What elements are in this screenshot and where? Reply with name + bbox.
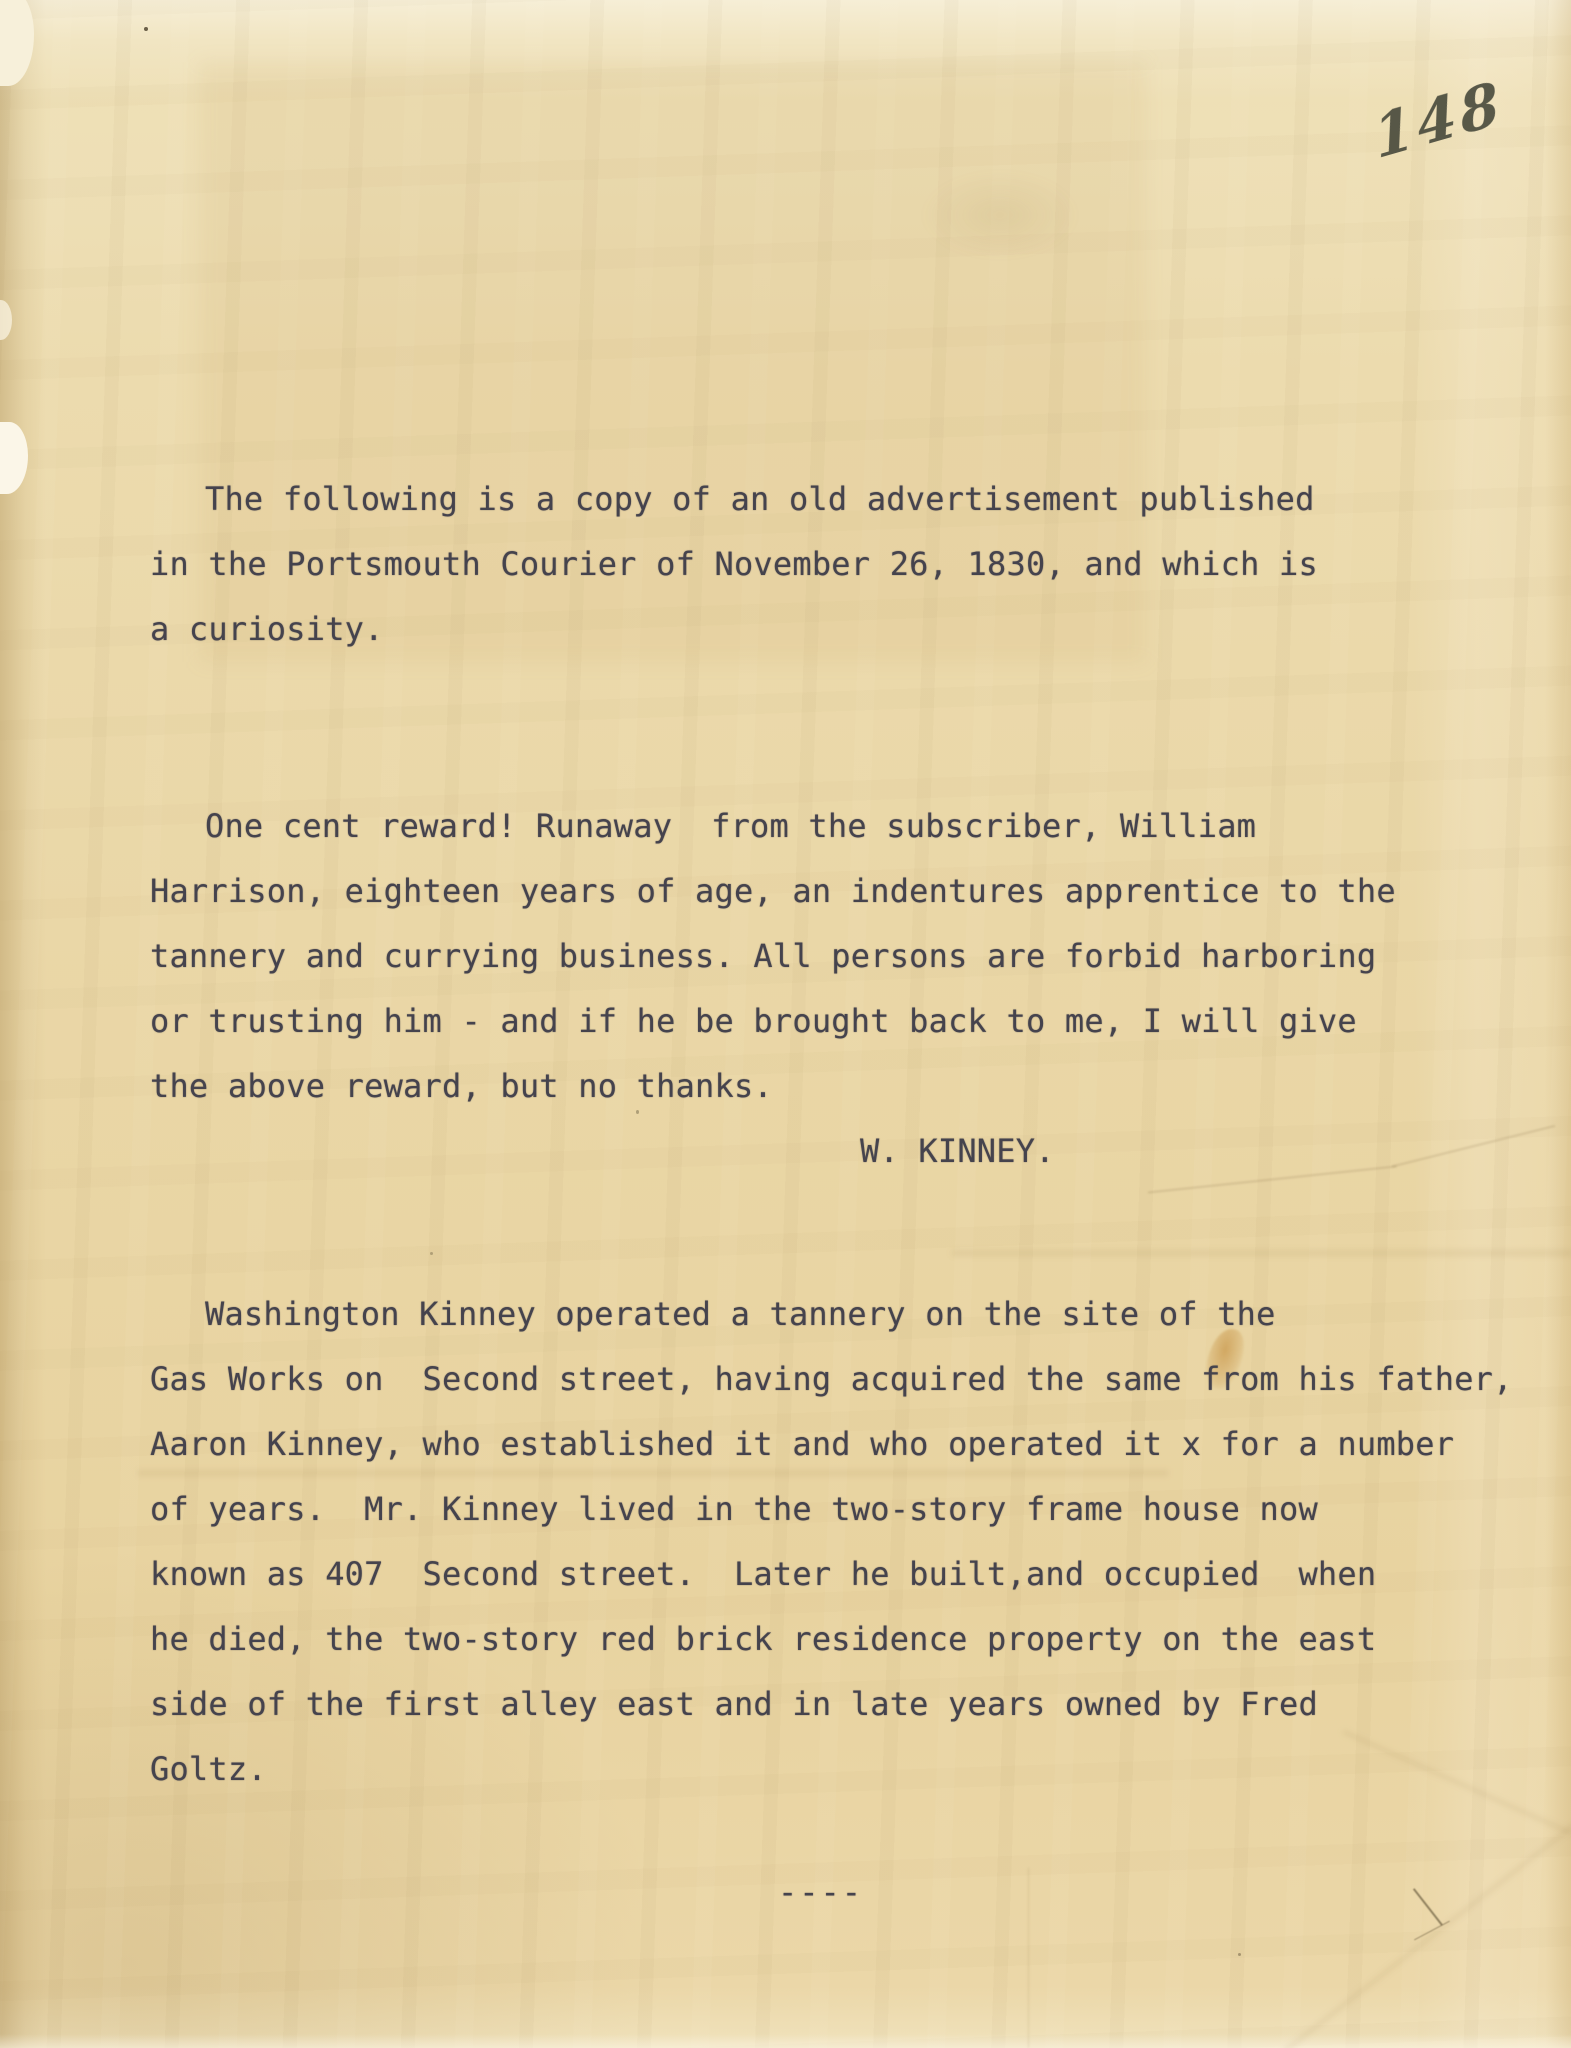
typed-line: of years. Mr. Kinney lived in the two-st…: [150, 1477, 1513, 1542]
paper-scratch: [1414, 1921, 1450, 1941]
typed-line: tannery and currying business. All perso…: [150, 924, 1396, 989]
paper-scratch: [1413, 1888, 1443, 1925]
handwritten-page-number: 148: [1370, 68, 1507, 173]
typed-dashes: ----: [150, 1860, 863, 1925]
typed-line: he died, the two-story red brick residen…: [150, 1607, 1513, 1672]
signature-line: W. KINNEY.: [150, 1119, 1396, 1184]
torn-edge-chip: [0, 422, 28, 494]
typed-line: side of the first alley east and in late…: [150, 1672, 1513, 1737]
ink-speck: [430, 1252, 433, 1255]
typed-line: Goltz.: [150, 1737, 1513, 1802]
paper-crease: [1392, 1125, 1555, 1167]
paragraph-intro: The following is a copy of an old advert…: [150, 467, 1318, 662]
typed-line: One cent reward! Runaway from the subscr…: [150, 794, 1396, 859]
torn-edge-chip: [0, 0, 34, 86]
typed-line: in the Portsmouth Courier of November 26…: [150, 532, 1318, 597]
typed-line: or trusting him - and if he be brought b…: [150, 989, 1396, 1054]
paragraph-advertisement: One cent reward! Runaway from the subscr…: [150, 794, 1396, 1184]
typed-line: The following is a copy of an old advert…: [150, 467, 1318, 532]
typed-line: Aaron Kinney, who established it and who…: [150, 1412, 1513, 1477]
document-page: 148 The following is a copy of an old ad…: [0, 0, 1571, 2048]
paper-left-edge-shadow: [0, 0, 46, 2048]
ink-speck: [1238, 1953, 1241, 1956]
paper-right-edge-shadow: [1545, 0, 1571, 2048]
typed-line: the above reward, but no thanks.: [150, 1054, 1396, 1119]
paper-bottom-edge-highlight: [0, 2034, 1571, 2048]
end-divider: ----: [150, 1860, 863, 1925]
typed-line: Gas Works on Second street, having acqui…: [150, 1347, 1513, 1412]
typed-line: a curiosity.: [150, 597, 1318, 662]
torn-edge-chip: [0, 300, 12, 340]
typed-line: Harrison, eighteen years of age, an inde…: [150, 859, 1396, 924]
ink-speck: [144, 27, 148, 31]
paragraph-history: Washington Kinney operated a tannery on …: [150, 1282, 1513, 1802]
typed-line: known as 407 Second street. Later he bui…: [150, 1542, 1513, 1607]
paper-smudge: [920, 170, 1080, 260]
paper-crease: [952, 1250, 1571, 1256]
typed-line: Washington Kinney operated a tannery on …: [150, 1282, 1513, 1347]
paper-crease: [1028, 1868, 1029, 2048]
paper-crease: [1282, 1816, 1571, 2048]
